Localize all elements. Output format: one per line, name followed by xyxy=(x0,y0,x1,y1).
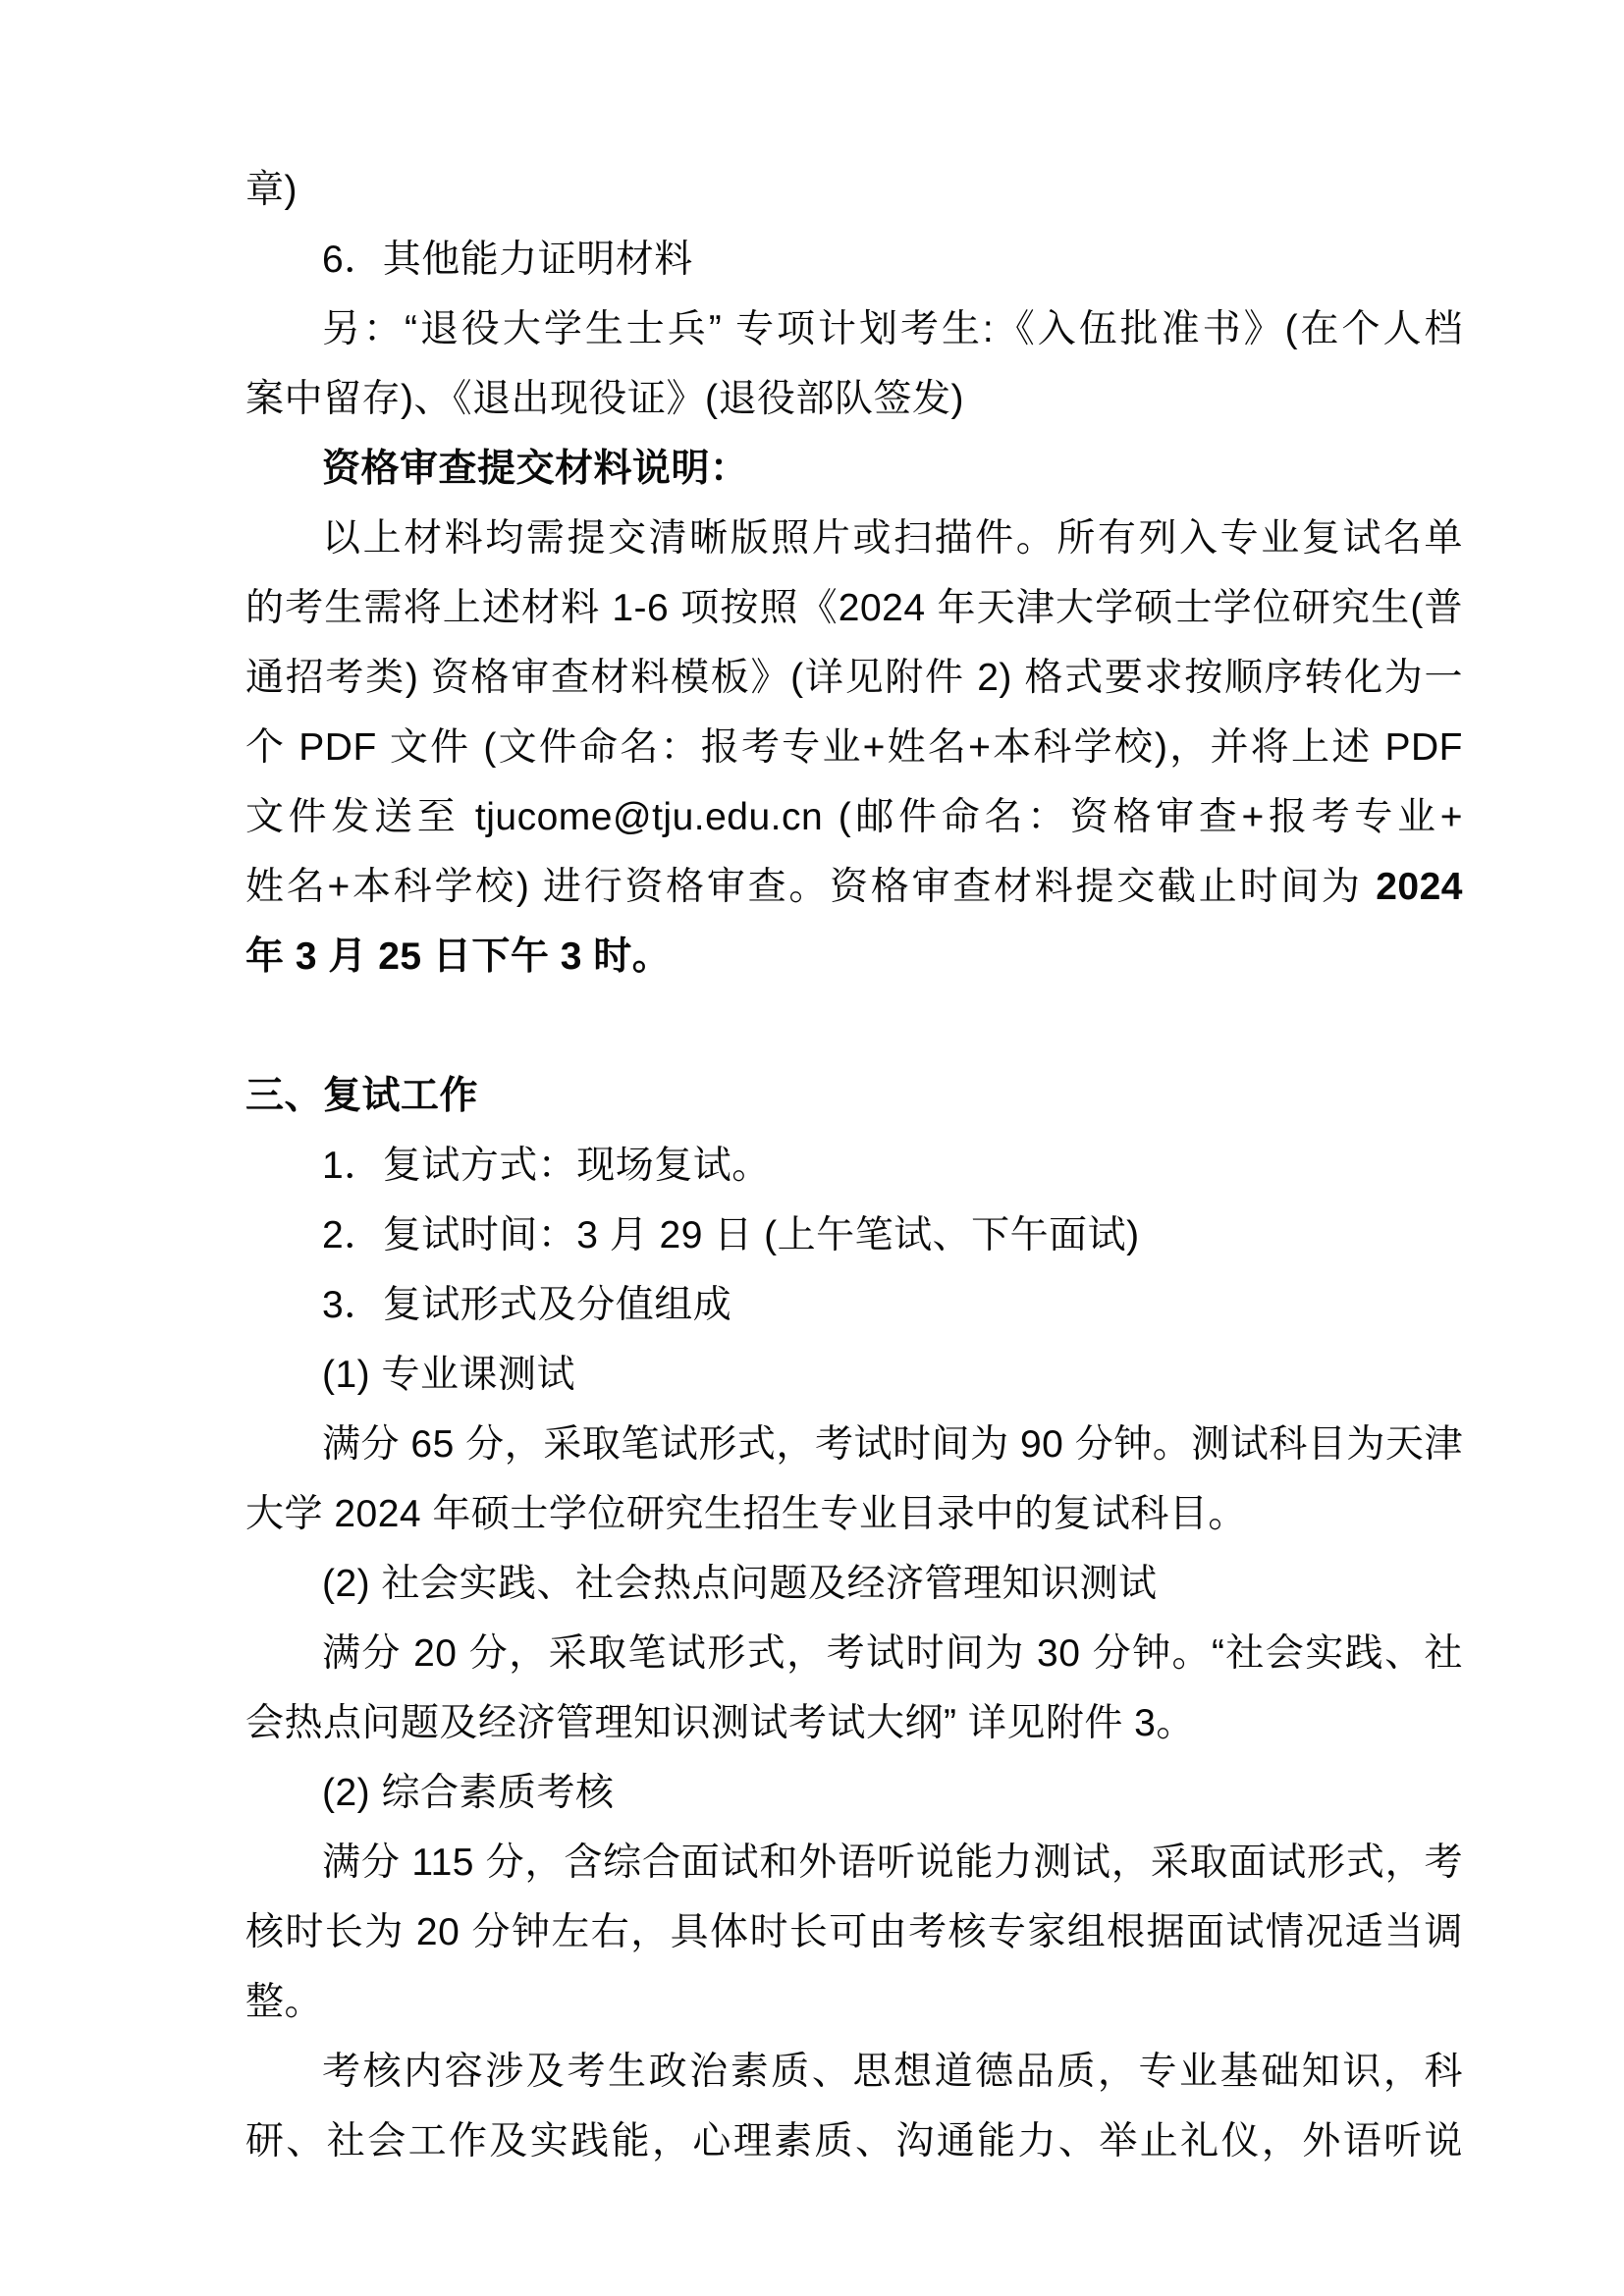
text-line: 核时长为 20 分钟左右，具体时长可由考核专家组根据面试情况适当调 xyxy=(245,1897,1463,1967)
bold-text-run: 年 3 月 25 日下午 3 时。 xyxy=(245,935,671,978)
text-run: 大学 2024 年硕士学位研究生招生专业目录中的复试科目。 xyxy=(245,1493,1247,1535)
text-line: (2) 社会实践、社会热点问题及经济管理知识测试 xyxy=(245,1549,1463,1619)
text-run: 满分 20 分，采取笔试形式，考试时间为 30 分钟。“社会实践、社 xyxy=(322,1632,1463,1675)
text-run: 考核内容涉及考生政治素质、思想道德品质，专业基础知识，科 xyxy=(322,2051,1463,2093)
paragraph: 章) xyxy=(245,155,1463,225)
text-run: 案中留存)、《退出现役证》(退役部队签发) xyxy=(245,378,964,420)
text-run: 个 PDF 文件 (文件命名：报考专业+姓名+本科学校)，并将上述 PDF xyxy=(245,726,1463,769)
text-line: 的考生需将上述材料 1-6 项按照《2024 年天津大学硕士学位研究生(普 xyxy=(245,573,1463,643)
text-line: 资格审查提交材料说明： xyxy=(245,434,1463,504)
text-line: 整。 xyxy=(245,1967,1463,2037)
text-run: 2．复试时间：3 月 29 日 (上午笔试、下午面试) xyxy=(322,1214,1140,1256)
paragraph: (1) 专业课测试 xyxy=(245,1340,1463,1410)
text-line: 满分 65 分，采取笔试形式，考试时间为 90 分钟。测试科目为天津 xyxy=(245,1410,1463,1479)
text-line: 以上材料均需提交清晰版照片或扫描件。所有列入专业复试名单 xyxy=(245,504,1463,573)
text-run: 的考生需将上述材料 1-6 项按照《2024 年天津大学硕士学位研究生(普 xyxy=(245,587,1463,629)
paragraph: 1．复试方式：现场复试。 xyxy=(245,1131,1463,1201)
text-run: 通招考类) 资格审查材料模板》(详见附件 2) 格式要求按顺序转化为一 xyxy=(245,657,1463,699)
text-run: 6．其他能力证明材料 xyxy=(322,239,693,281)
text-run: 研、社会工作及实践能，心理素质、沟通能力、举止礼仪，外语听说 xyxy=(245,2120,1463,2163)
paragraph: 满分 65 分，采取笔试形式，考试时间为 90 分钟。测试科目为天津大学 202… xyxy=(245,1410,1463,1549)
bold-text-run: 资格审查提交材料说明： xyxy=(322,448,749,490)
bold-text-run: 2024 xyxy=(1376,866,1463,908)
paragraph: 满分 20 分，采取笔试形式，考试时间为 30 分钟。“社会实践、社会热点问题及… xyxy=(245,1619,1463,1758)
text-line: 三、复试工作 xyxy=(245,1061,1463,1131)
text-line: 年 3 月 25 日下午 3 时。 xyxy=(245,922,1463,991)
paragraph: 资格审查提交材料说明： xyxy=(245,434,1463,504)
text-run: 章) xyxy=(245,169,298,211)
text-run: (1) 专业课测试 xyxy=(322,1354,575,1396)
document-text-block: 章)6．其他能力证明材料另：“退役大学生士兵” 专项计划考生:《入伍批准书》(在… xyxy=(245,155,1463,2176)
text-line: 个 PDF 文件 (文件命名：报考专业+姓名+本科学校)，并将上述 PDF xyxy=(245,713,1463,782)
text-line: 满分 20 分，采取笔试形式，考试时间为 30 分钟。“社会实践、社 xyxy=(245,1619,1463,1688)
text-run: 以上材料均需提交清晰版照片或扫描件。所有列入专业复试名单 xyxy=(322,517,1463,560)
paragraph: (2) 社会实践、社会热点问题及经济管理知识测试 xyxy=(245,1549,1463,1619)
paragraph-spacer xyxy=(245,991,1463,1061)
text-run: 核时长为 20 分钟左右，具体时长可由考核专家组根据面试情况适当调 xyxy=(245,1911,1463,1953)
text-run: 1．复试方式：现场复试。 xyxy=(322,1145,771,1187)
text-run: 会热点问题及经济管理知识测试考试大纲” 详见附件 3。 xyxy=(245,1702,1195,1744)
paragraph: 另：“退役大学生士兵” 专项计划考生:《入伍批准书》(在个人档案中留存)、《退出… xyxy=(245,294,1463,434)
paragraph: 考核内容涉及考生政治素质、思想道德品质，专业基础知识，科研、社会工作及实践能，心… xyxy=(245,2037,1463,2176)
text-run: 另：“退役大学生士兵” 专项计划考生:《入伍批准书》(在个人档 xyxy=(322,308,1463,350)
text-line: 会热点问题及经济管理知识测试考试大纲” 详见附件 3。 xyxy=(245,1688,1463,1758)
text-line: 章) xyxy=(245,155,1463,225)
text-run: (2) 社会实践、社会热点问题及经济管理知识测试 xyxy=(322,1563,1158,1605)
text-line: 6．其他能力证明材料 xyxy=(245,225,1463,294)
text-line: 1．复试方式：现场复试。 xyxy=(245,1131,1463,1201)
paragraph: (2) 综合素质考核 xyxy=(245,1758,1463,1828)
paragraph: 以上材料均需提交清晰版照片或扫描件。所有列入专业复试名单的考生需将上述材料 1-… xyxy=(245,504,1463,991)
text-run: 文件发送至 tjucome@tju.edu.cn (邮件命名：资格审查+报考专业… xyxy=(245,796,1463,838)
text-line: 文件发送至 tjucome@tju.edu.cn (邮件命名：资格审查+报考专业… xyxy=(245,782,1463,852)
text-run: 满分 65 分，采取笔试形式，考试时间为 90 分钟。测试科目为天津 xyxy=(322,1423,1463,1466)
text-line: 3．复试形式及分值组成 xyxy=(245,1270,1463,1340)
text-run: (2) 综合素质考核 xyxy=(322,1772,615,1814)
text-line: 通招考类) 资格审查材料模板》(详见附件 2) 格式要求按顺序转化为一 xyxy=(245,643,1463,713)
text-run: 姓名+本科学校) 进行资格审查。资格审查材料提交截止时间为 xyxy=(245,866,1376,908)
text-line: 满分 115 分，含综合面试和外语听说能力测试，采取面试形式，考 xyxy=(245,1828,1463,1897)
paragraph: 3．复试形式及分值组成 xyxy=(245,1270,1463,1340)
document-page: 章)6．其他能力证明材料另：“退役大学生士兵” 专项计划考生:《入伍批准书》(在… xyxy=(0,0,1624,2296)
text-run: 满分 115 分，含综合面试和外语听说能力测试，采取面试形式，考 xyxy=(322,1842,1463,1884)
text-line: 姓名+本科学校) 进行资格审查。资格审查材料提交截止时间为 2024 xyxy=(245,852,1463,922)
paragraph: 三、复试工作 xyxy=(245,1061,1463,1131)
text-line: 另：“退役大学生士兵” 专项计划考生:《入伍批准书》(在个人档 xyxy=(245,294,1463,364)
text-line: (2) 综合素质考核 xyxy=(245,1758,1463,1828)
text-line: 研、社会工作及实践能，心理素质、沟通能力、举止礼仪，外语听说 xyxy=(245,2107,1463,2176)
text-run: 整。 xyxy=(245,1981,323,2023)
paragraph: 2．复试时间：3 月 29 日 (上午笔试、下午面试) xyxy=(245,1201,1463,1270)
paragraph: 满分 115 分，含综合面试和外语听说能力测试，采取面试形式，考核时长为 20 … xyxy=(245,1828,1463,2037)
text-line: 考核内容涉及考生政治素质、思想道德品质，专业基础知识，科 xyxy=(245,2037,1463,2107)
text-line: (1) 专业课测试 xyxy=(245,1340,1463,1410)
text-line: 案中留存)、《退出现役证》(退役部队签发) xyxy=(245,364,1463,434)
text-run: 3．复试形式及分值组成 xyxy=(322,1284,731,1326)
paragraph: 6．其他能力证明材料 xyxy=(245,225,1463,294)
bold-text-run: 三、复试工作 xyxy=(245,1075,478,1117)
text-line: 2．复试时间：3 月 29 日 (上午笔试、下午面试) xyxy=(245,1201,1463,1270)
text-line: 大学 2024 年硕士学位研究生招生专业目录中的复试科目。 xyxy=(245,1479,1463,1549)
